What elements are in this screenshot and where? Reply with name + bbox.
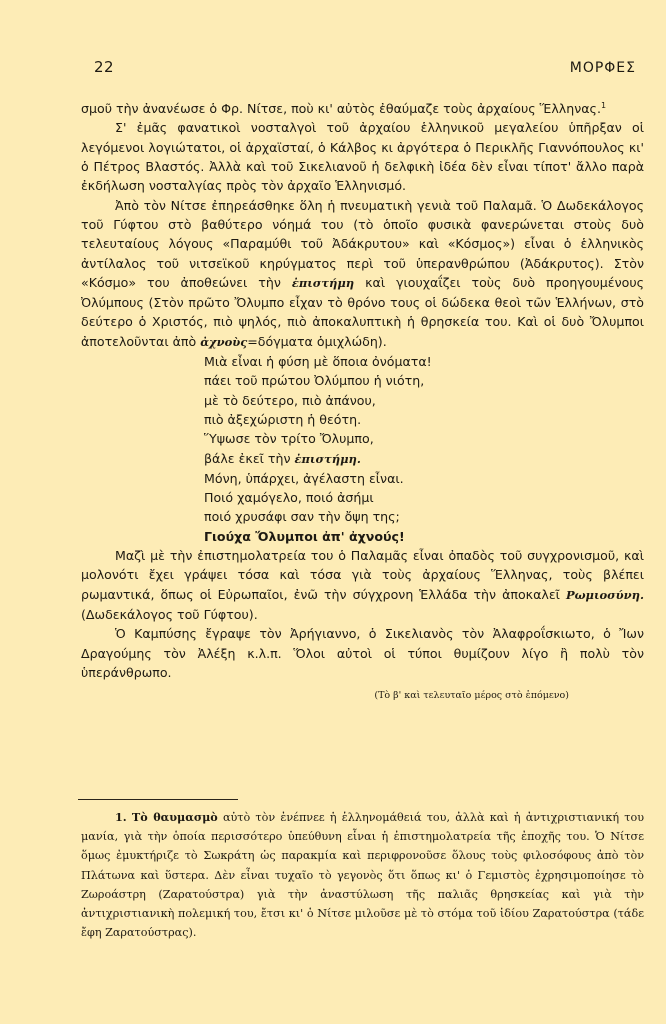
paragraph-4-text-b: (Δωδεκάλογος τοῦ Γύφτου). <box>81 607 258 622</box>
paragraph-3: Ἀπὸ τὸν Νίτσε ἐπηρεάσθηκε ὅλη ἡ πνευματι… <box>81 196 644 352</box>
emphasis-epistimi: ἐπιστήμη <box>292 276 354 290</box>
paragraph-4-text-a: Μαζὶ μὲ τὴν ἐπιστημολατρεία του ὁ Παλαμᾶ… <box>81 548 644 602</box>
paragraph-2: Σ' ἐμᾶς φανατικοὶ νοσταλγοὶ τοῦ ἀρχαίου … <box>81 118 644 195</box>
footnote-lead: Τὸ θαυμασμὸ <box>132 810 218 824</box>
emphasis-romiosyni: Ρωμιοσύνη. <box>566 588 644 602</box>
poem-line-text: βάλε ἐκεῖ τὴν <box>204 451 295 466</box>
poem-line: Ὕψωσε τὸν τρίτο Ὄλυμπο, <box>204 429 644 448</box>
poem-line: Γιούχα Ὄλυμποι ἀπ' ἀχνούς! <box>204 527 644 546</box>
poem-line: ποιό χρυσάφι σαν τὴν ὄψη της; <box>204 507 644 526</box>
running-head: ΜΟΡΦΕΣ <box>570 60 636 76</box>
poem-line: Μιὰ εἶναι ἡ φύση μὲ ὅποια ὀνόματα! <box>204 352 644 371</box>
poem-line: βάλε ἐκεῖ τὴν ἐπιστήμη. <box>204 449 644 469</box>
paragraph-5: Ὁ Καμπύσης ἔγραψε τὸν Ἀρήγιαννο, ὁ Σικελ… <box>81 624 644 682</box>
paragraph-1: σμοῦ τὴν ἀνανέωσε ὁ Φρ. Νίτσε, ποὺ κι' α… <box>81 96 644 118</box>
poem-line: μὲ τὸ δεύτερο, πιὸ ἀπάνου, <box>204 391 644 410</box>
paragraph-4: Μαζὶ μὲ τὴν ἐπιστημολατρεία του ὁ Παλαμᾶ… <box>81 546 644 624</box>
footnote-marker: 1. <box>115 810 127 824</box>
emphasis-epistimi-poem: ἐπιστήμη. <box>295 452 361 466</box>
footnote-ref[interactable]: 1 <box>601 101 606 110</box>
poem-line: πάει τοῦ πρώτου Ὀλύμπου ἡ νιότη, <box>204 371 644 390</box>
page-number: 22 <box>94 58 114 76</box>
emphasis-achnous: ἀχνοὺς <box>200 335 247 349</box>
article-body: σμοῦ τὴν ἀνανέωσε ὁ Φρ. Νίτσε, ποὺ κι' α… <box>81 96 644 705</box>
poem-quote: Μιὰ εἶναι ἡ φύση μὲ ὅποια ὀνόματα! πάει … <box>204 352 644 546</box>
poem-line: Μόνη, ὑπάρχει, ἀγέλαστη εἶναι. <box>204 469 644 488</box>
paragraph-1-text: σμοῦ τὴν ἀνανέωσε ὁ Φρ. Νίτσε, ποὺ κι' α… <box>81 101 601 116</box>
poem-line: πιὸ ἀξεχώριστη ἡ θεότη. <box>204 410 644 429</box>
poem-line: Ποιό χαμόγελο, ποιό ἀσήμι <box>204 488 644 507</box>
paragraph-3-text-c: =δόγματα ὁμιχλώδη). <box>247 334 386 349</box>
continued-note: (Τὸ β' καὶ τελευταῖο μέρος στὸ ἑπόμενο) <box>81 686 644 705</box>
footnote-divider <box>78 799 238 800</box>
footnote-1: 1. Τὸ θαυμασμὸ αὐτὸ τὸν ἐνέπνεε ἡ ἑλληνο… <box>81 808 644 942</box>
footnote-text: αὐτὸ τὸν ἐνέπνεε ἡ ἑλληνομάθειά του, ἀλλ… <box>81 811 644 939</box>
